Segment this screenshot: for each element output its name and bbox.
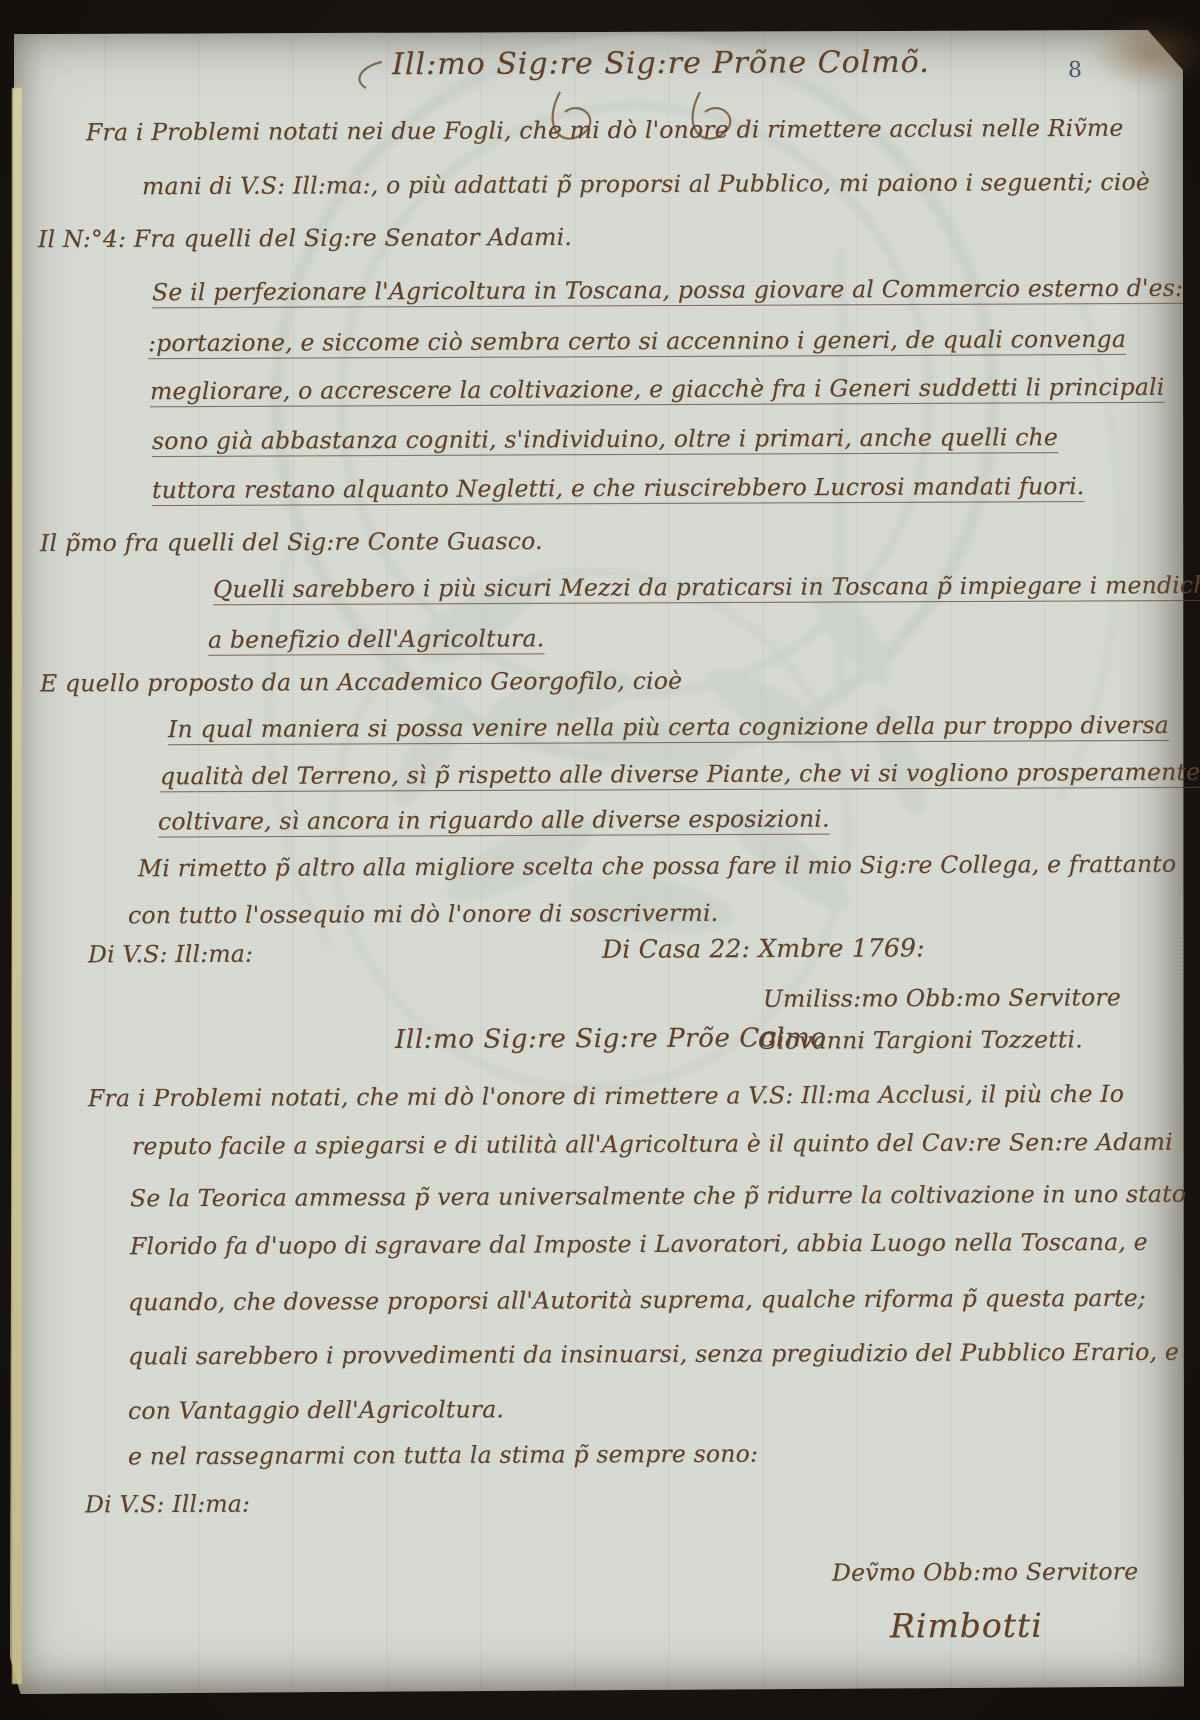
underleaf-page-edge (12, 88, 22, 1684)
letter2-body-line: Florido fa d'uopo di sgravare dal Impost… (130, 1228, 1148, 1260)
page-number: 8 (1068, 58, 1082, 83)
letter2-body-line: quando, che dovesse proporsi all'Autorit… (128, 1284, 1146, 1316)
letter2-closing: e nel rassegnarmi con tutta la stima p̃ … (128, 1440, 758, 1471)
primo-line: a benefizio dell'Agricoltura. (208, 624, 544, 653)
georgofilo-heading: E quello proposto da un Accademico Georg… (40, 667, 682, 698)
georgofilo-line: qualità del Terreno, sì p̃ rispetto alle… (160, 758, 1200, 791)
letter2-signature: Rimbotti (890, 1606, 1043, 1646)
problem4-line: sono già abbastanza cogniti, s'individui… (152, 423, 1058, 455)
letter2-salutation: Ill:mo Sig:re Sig:re Prõe Colmo (395, 1023, 827, 1055)
letter1-dateline: Di Casa 22: Xmbre 1769: (602, 933, 925, 963)
letter2-body-line: reputo facile a spiegarsi e di utilità a… (132, 1128, 1173, 1161)
letter1-valediction: Umiliss:mo Obb:mo Servitore (763, 983, 1121, 1013)
letter2-body-line: quali sarebbero i provvedimenti da insin… (128, 1338, 1179, 1371)
letter1-closing-line: Mi rimetto p̃ altro alla migliore scelta… (138, 850, 1176, 883)
problem4-line: :portazione, e siccome ciò sembra certo … (148, 325, 1126, 357)
letter2-body-line: Fra i Problemi notati, che mi dò l'onore… (88, 1080, 1124, 1113)
corner-stain (1090, 18, 1200, 88)
problem4-line: Se il perfezionare l'Agricoltura in Tosc… (152, 274, 1183, 306)
problem4-line: tuttora restano alquanto Negletti, e che… (152, 472, 1085, 504)
letter1-salutation: Ill:mo Sig:re Sig:re Prõne Colmõ. (392, 45, 930, 82)
letter2-body-line: con Vantaggio dell'Agricoltura. (128, 1395, 504, 1425)
letter1-address-abbrev: Di V.S: Ill:ma: (88, 940, 253, 969)
letter2-valediction: Deṽmo Obb:mo Servitore (832, 1557, 1138, 1586)
letter1-intro-line: Fra i Problemi notati nei due Fogli, che… (86, 114, 1124, 147)
letter2-body-line: Se la Teorica ammessa p̃ vera universalm… (130, 1180, 1186, 1213)
georgofilo-line: In qual maniera si possa venire nella pi… (168, 711, 1169, 743)
primo-heading: Il p̃mo fra quelli del Sig:re Conte Guas… (40, 527, 543, 557)
manuscript-scan: { "page": { "number": "8" }, "colors": {… (0, 0, 1200, 1720)
problem4-line: megliorare, o accrescere la coltivazione… (150, 373, 1165, 405)
problem4-heading: Il N:°4: Fra quelli del Sig:re Senator A… (38, 223, 572, 253)
letter2-address-abbrev: Di V.S: Ill:ma: (85, 1490, 250, 1519)
letter1-intro-line: mani di V.S: Ill:ma:, o più adattati p̃ … (142, 168, 1150, 200)
georgofilo-line: coltivare, sì ancora in riguardo alle di… (158, 805, 830, 836)
primo-line: Quelli sarebbero i più sicuri Mezzi da p… (213, 571, 1200, 603)
letter1-closing-line: con tutto l'ossequio mi dò l'onore di so… (128, 899, 718, 930)
